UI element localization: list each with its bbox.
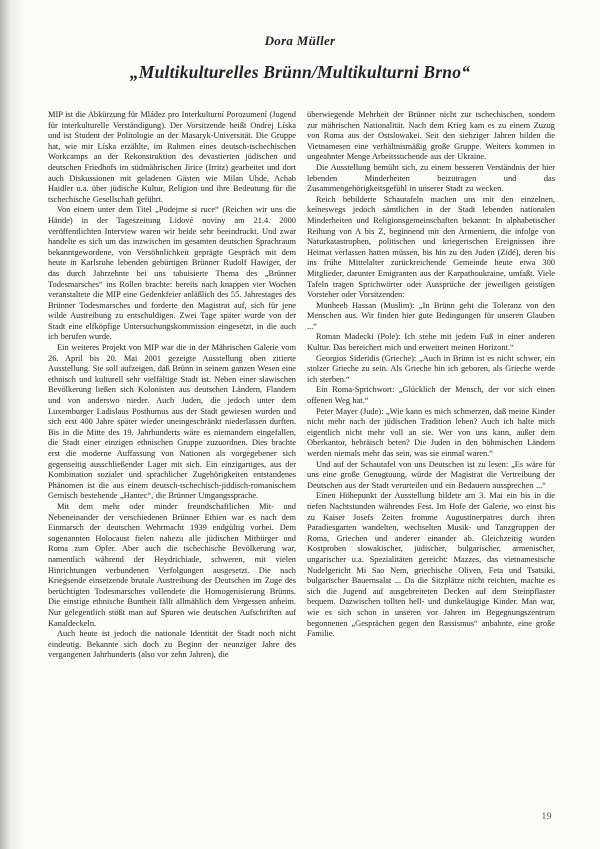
paragraph: MIP ist die Abkürzung für Mládez pro Int… (48, 110, 296, 205)
article-body: MIP ist die Abkürzung für Mládez pro Int… (48, 110, 555, 661)
page-number: 19 (542, 812, 553, 822)
article-header: Dora Müller „Multikulturelles Brünn/Mult… (0, 0, 600, 83)
paragraph: Reich bebilderte Schautafeln machen uns … (307, 195, 555, 301)
paragraph: Von einem unter dem Titel „Podejme si ru… (48, 205, 296, 343)
paragraph: überwiegende Mehrheit der Brünner nicht … (307, 110, 555, 163)
paragraph: Munheeb Hassan (Muslim): „In Brünn geht … (307, 301, 555, 333)
paragraph: Peter Mayer (Jude): „Wie kann es mich sc… (307, 407, 555, 460)
paragraph: Ein Roma-Sprichwort: „Glücklich der Mens… (307, 385, 555, 406)
right-column: überwiegende Mehrheit der Brünner nicht … (307, 110, 555, 661)
paragraph: Ein weiteres Projekt von MIP war die in … (48, 343, 296, 502)
scanned-document-page: Dora Müller „Multikulturelles Brünn/Mult… (0, 0, 600, 849)
left-column: MIP ist die Abkürzung für Mládez pro Int… (48, 110, 296, 661)
paragraph: Georgios Sideridis (Grieche): „Auch in B… (307, 354, 555, 386)
paragraph: Roman Madecki (Pole): Ich stehe mit jede… (307, 332, 555, 353)
paragraph: Die Ausstellung bemüht sich, zu einem be… (307, 163, 555, 195)
author-byline: Dora Müller (0, 33, 600, 49)
paragraph: Auch heute ist jedoch die nationale Iden… (48, 629, 296, 661)
paragraph: Einen Höhepunkt der Ausstellung bildete … (307, 491, 555, 639)
paragraph: Und auf der Schautafel von uns Deutschen… (307, 460, 555, 492)
paragraph: Mit dem mehr oder minder freundschaftlic… (48, 502, 296, 629)
article-title: „Multikulturelles Brünn/Multikulturni Br… (0, 62, 600, 83)
